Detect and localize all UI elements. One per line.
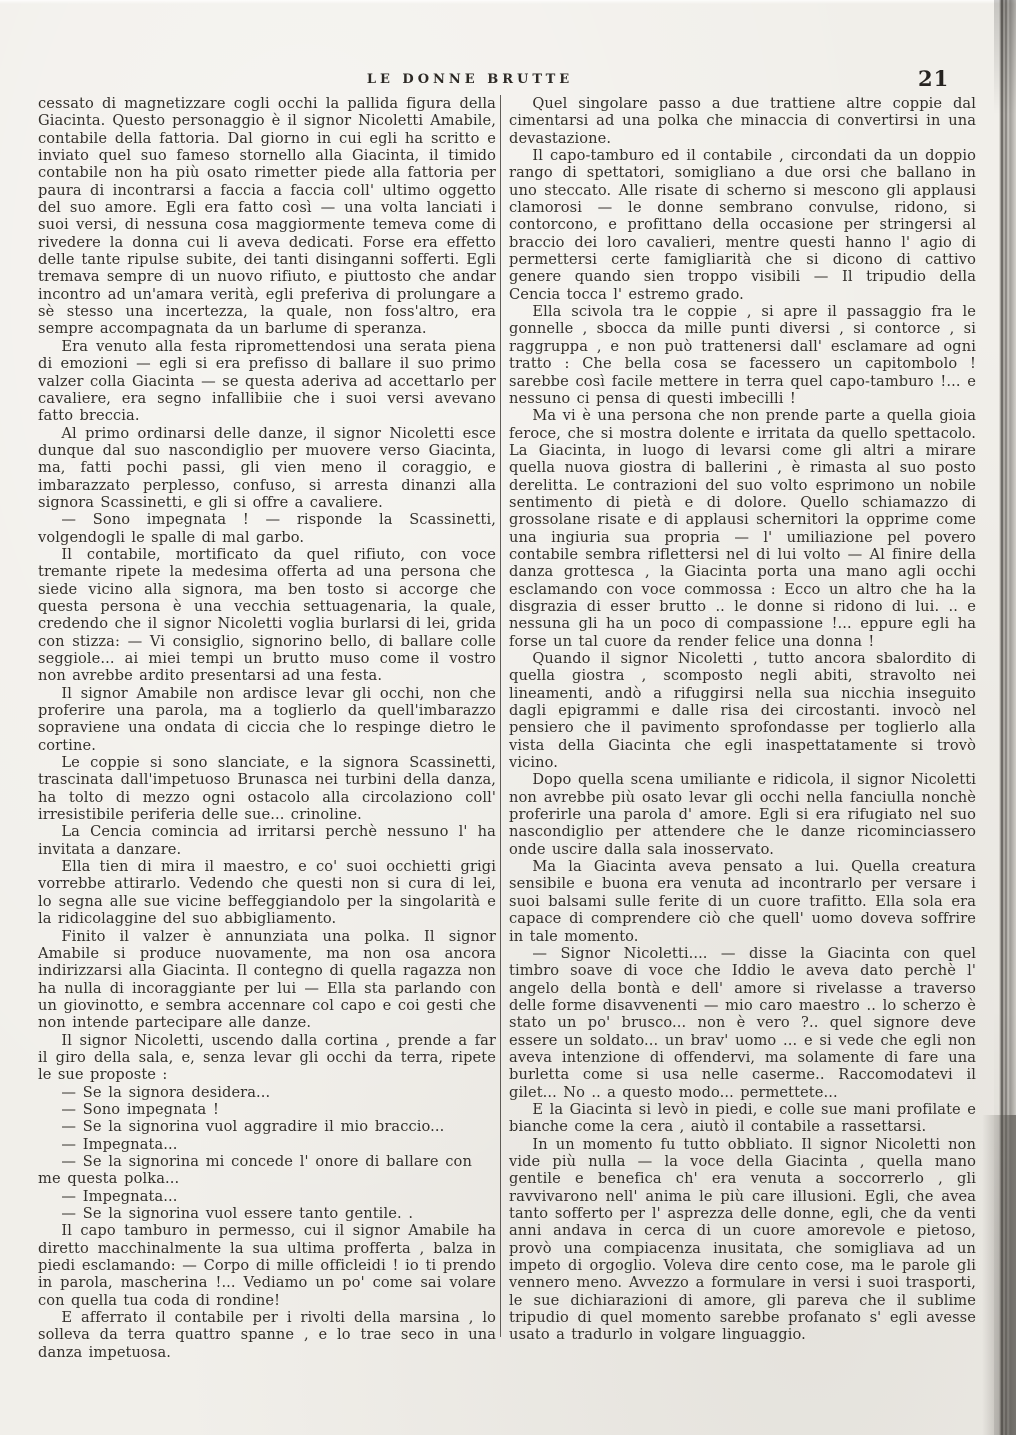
paragraph: E afferrato il contabile per i rivolti d… — [38, 1309, 496, 1361]
dialogue-line: — Sono impegnata ! — [38, 1101, 496, 1118]
paragraph: La Cencia comincia ad irritarsi perchè n… — [38, 823, 496, 858]
paragraph: Le coppie si sono slanciate, e la signor… — [38, 754, 496, 823]
paragraph: Quando il signor Nicoletti , tutto ancor… — [509, 650, 976, 771]
dialogue-line: — Se la signorina mi concede l' onore di… — [38, 1153, 496, 1188]
dialogue-line: — Se la signorina vuol essere tanto gent… — [38, 1205, 496, 1222]
dialogue-paragraph: — Signor Nicoletti.... — disse la Giacin… — [509, 945, 976, 1101]
page-top-edge — [0, 0, 1016, 4]
paragraph: Dopo quella scena umiliante e ridicola, … — [509, 771, 976, 858]
paragraph: Il contabile, mortificato da quel rifiut… — [38, 546, 496, 685]
paragraph: Al primo ordinarsi delle danze, il signo… — [38, 425, 496, 512]
paragraph: Il signor Amabile non ardisce levar gli … — [38, 685, 496, 754]
paragraph: Ella scivola tra le coppie , si apre il … — [509, 303, 976, 407]
column-divider-rule — [500, 95, 501, 1337]
paragraph: cessato di magnetizzare cogli occhi la p… — [38, 95, 496, 338]
paragraph: Il capo tamburo in permesso, cui il sign… — [38, 1222, 496, 1309]
paragraph: Il capo-tamburo ed il contabile , circon… — [509, 147, 976, 303]
running-title: LE DONNE BRUTTE — [367, 72, 573, 87]
running-head: LE DONNE BRUTTE 21 — [38, 66, 976, 92]
dialogue-line: — Impegnata... — [38, 1136, 496, 1153]
right-text-column: Quel singolare passo a due trattiene alt… — [509, 95, 976, 1344]
paragraph: Era venuto alla festa ripromettendosi un… — [38, 338, 496, 425]
page-number: 21 — [918, 66, 949, 91]
paragraph: In un momento fu tutto obbliato. Il sign… — [509, 1136, 976, 1344]
paragraph: Finito il valzer è annunziata una polka.… — [38, 928, 496, 1032]
paragraph: Il signor Nicoletti, uscendo dalla corti… — [38, 1032, 496, 1084]
paragraph: Quel singolare passo a due trattiene alt… — [509, 95, 976, 147]
paragraph: Ella tien di mira il maestro, e co' suoi… — [38, 858, 496, 927]
paragraph: E la Giacinta si levò in piedi, e colle … — [509, 1101, 976, 1136]
dialogue-line: — Se la signorina vuol aggradire il mio … — [38, 1118, 496, 1135]
dialogue-line: — Impegnata... — [38, 1188, 496, 1205]
paragraph: Ma vi è una persona che non prende parte… — [509, 407, 976, 650]
binding-shadow-bottom — [982, 1115, 1016, 1435]
left-text-column: cessato di magnetizzare cogli occhi la p… — [38, 95, 496, 1361]
dialogue-paragraph: — Sono impegnata ! — risponde la Scassin… — [38, 511, 496, 546]
paragraph: Ma la Giacinta aveva pensato a lui. Quel… — [509, 858, 976, 945]
dialogue-line: — Se la signora desidera... — [38, 1084, 496, 1101]
